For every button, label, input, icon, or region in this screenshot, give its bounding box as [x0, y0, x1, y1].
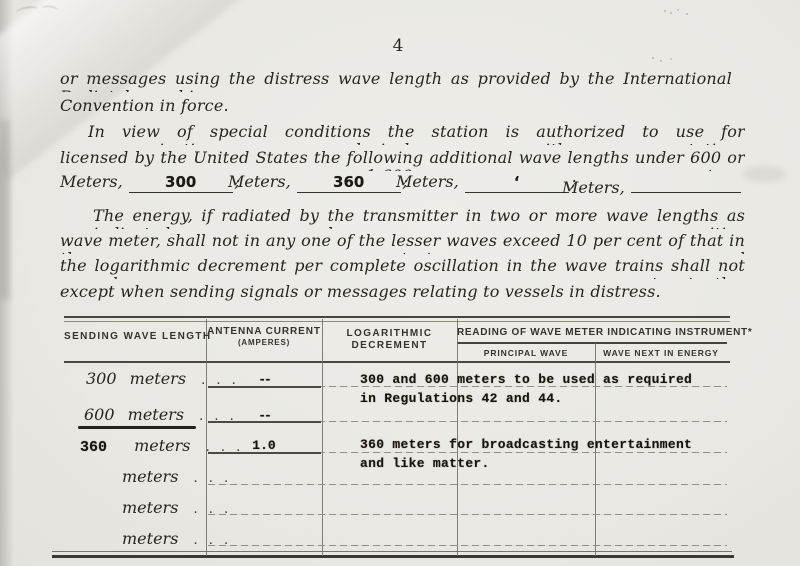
wavelength-value: 300 [86, 369, 117, 388]
note-300-600: 300 and 600 meters to be used as require… [360, 371, 692, 408]
antenna-current-value: -- [206, 372, 322, 387]
energy-line-4: except when sending signals or messages … [60, 282, 661, 301]
header-antenna-current: ANTENNA CURRENT [206, 326, 322, 337]
header-principal-wave: PRINCIPAL WAVE [457, 348, 595, 358]
table-bottom-rule [52, 551, 732, 552]
antenna-current-value: 1.0 [206, 438, 322, 453]
energy-line-1: The energy, if radiated by the transmitt… [93, 207, 745, 229]
scan-speckles [664, 10, 666, 12]
meters-label: Meters, [228, 172, 291, 191]
meters-label: Meters, [396, 172, 459, 191]
row-rule [208, 514, 727, 515]
table-bottom-rule [52, 555, 734, 558]
authorization-line-2: licensed by the United States the follow… [60, 149, 745, 171]
meters-value: 300 [129, 172, 233, 193]
underline-mark-600 [78, 426, 196, 429]
meters-field-4: Meters, [562, 172, 743, 196]
dot-leaders: . . . [194, 502, 229, 517]
header-wave-next: WAVE NEXT IN ENERGY [595, 348, 727, 358]
scanned-license-page: { "page_number": "4", "intro": { "line1"… [0, 0, 800, 566]
wavelength-unit: meters [122, 467, 178, 486]
meters-value [631, 172, 741, 193]
header-antenna-current-sub: (AMPERES) [206, 338, 322, 347]
meters-field-1: Meters,300; [60, 172, 240, 196]
note-360: 360 meters for broadcasting entertainmen… [360, 436, 692, 473]
wavelength-unit: meters [130, 369, 186, 388]
meters-field-3: Meters,‘; [396, 172, 576, 196]
reading-group-underline [457, 342, 727, 344]
meters-value: ‘ [465, 172, 569, 193]
meters-label: Meters, [60, 172, 123, 191]
scan-speckles [652, 57, 654, 59]
note-line-1: 300 and 600 meters to be used as require… [360, 371, 692, 390]
row-rule [208, 545, 727, 546]
energy-line-2: wave meter, shall not in any one of the … [60, 232, 745, 254]
header-sending-wave-length: SENDING WAVE LENGTH [64, 331, 206, 342]
wavelength-value: 600 [84, 405, 115, 424]
note-line-1: 360 meters for broadcasting entertainmen… [360, 436, 692, 455]
intro-line-1: or messages using the distress wave leng… [60, 70, 732, 92]
paper-fold-shadow [0, 120, 10, 300]
column-divider [322, 319, 323, 556]
header-decrement: DECREMENT [322, 340, 457, 351]
antenna-current-value: -- [206, 408, 322, 423]
dot-leaders: . . . [194, 533, 229, 548]
wavelength-unit: meters [122, 498, 178, 517]
header-logarithmic: LOGARITHMIC [322, 328, 457, 339]
row-blank-meters: meters . . . [122, 529, 228, 548]
meters-value: 360 [297, 172, 401, 193]
note-line-2: in Regulations 42 and 44. [360, 390, 692, 409]
wavelength-value-typed: 360 [80, 439, 107, 456]
row-blank-meters: meters . . . [122, 498, 228, 517]
wavelength-unit: meters [122, 529, 178, 548]
scan-smudge [742, 166, 786, 182]
note-line-2: and like matter. [360, 455, 692, 474]
dot-leaders: . . . [194, 471, 229, 486]
meters-field-2: Meters,360; [228, 172, 408, 196]
meters-label: Meters, [562, 178, 625, 197]
table-header-bottom-rule [64, 361, 730, 363]
header-reading-group: READING OF WAVE METER INDICATING INSTRUM… [457, 327, 727, 338]
row-blank-meters: meters . . . [122, 467, 228, 486]
intro-line-2: Convention in force. [60, 96, 229, 115]
wavelength-unit: meters [128, 405, 184, 424]
row-rule [208, 484, 727, 485]
wavelength-unit: meters [134, 436, 190, 455]
table-top-rule [64, 316, 730, 322]
page-number: 4 [378, 36, 418, 56]
authorization-line-1: In view of special conditions the statio… [88, 123, 745, 145]
energy-line-3: the logarithmic decrement per complete o… [60, 257, 745, 279]
